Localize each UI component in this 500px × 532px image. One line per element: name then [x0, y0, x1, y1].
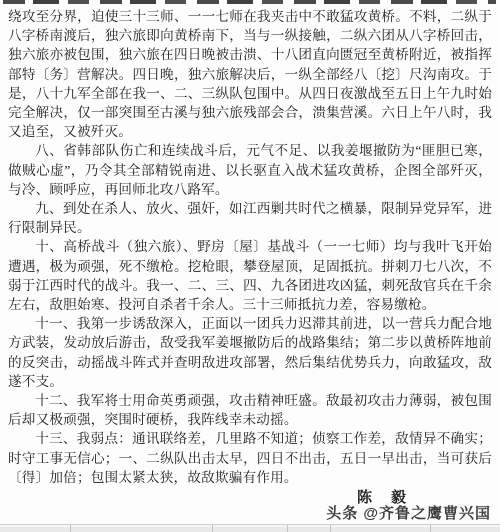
table-edge-divider	[212, 525, 213, 532]
table-edge-divider	[70, 525, 71, 532]
paragraph-7-continuation: 绕攻至分界，迫使三十三师、一一七师在我夹击中不敢猛攻黄桥。不料，二纵于八字桥南渡…	[8, 7, 492, 141]
paragraph-item-10: 十、高桥战斗（独六旅）、野房〔屋〕基战斗（一一七师）均与我叶飞开始遭遇，极为顽强…	[8, 237, 492, 314]
table-edge-divider	[330, 525, 331, 532]
cropped-previous-line-edge	[3, 0, 496, 4]
paragraph-item-9: 九、到处在杀人、放火、强奸，如江西剿共时代之横暴，限制异党异军，进行限制异民。	[8, 199, 492, 237]
paragraph-item-12: 十二、我军将士用命英勇顽强，攻击精神旺盛。敌最初攻击力薄弱，被包围后却又极顽强，…	[8, 391, 492, 429]
table-edge-divider	[287, 525, 288, 532]
toutiao-watermark: 头条 @齐鲁之鹰曹兴国	[326, 502, 491, 523]
document-body: 绕攻至分界，迫使三十三师、一一七师在我夹击中不敢猛攻黄桥。不料，二纵于八字桥南渡…	[8, 7, 492, 487]
table-edge-divider	[430, 525, 431, 532]
paragraph-item-13: 十三、我弱点：通讯联络差，几里路不知道；侦察工作差，敌情异不确实；时守工事无信心…	[8, 429, 492, 487]
scanned-document-page: 绕攻至分界，迫使三十三师、一一七师在我夹击中不敢猛攻黄桥。不料，二纵于八字桥南渡…	[0, 0, 500, 532]
cropped-table-edge	[0, 524, 500, 532]
paragraph-item-8: 八、省韩部队伤亡和连续战斗后，元气不足、以我姜堰撤防为“匪胆已寒，做贼心虚”，乃…	[8, 141, 492, 199]
paragraph-item-11: 十一、我第一步诱敌深入，正面以一团兵力迟滞其前进，以一营兵力配合地方武装，发动放…	[8, 314, 492, 391]
